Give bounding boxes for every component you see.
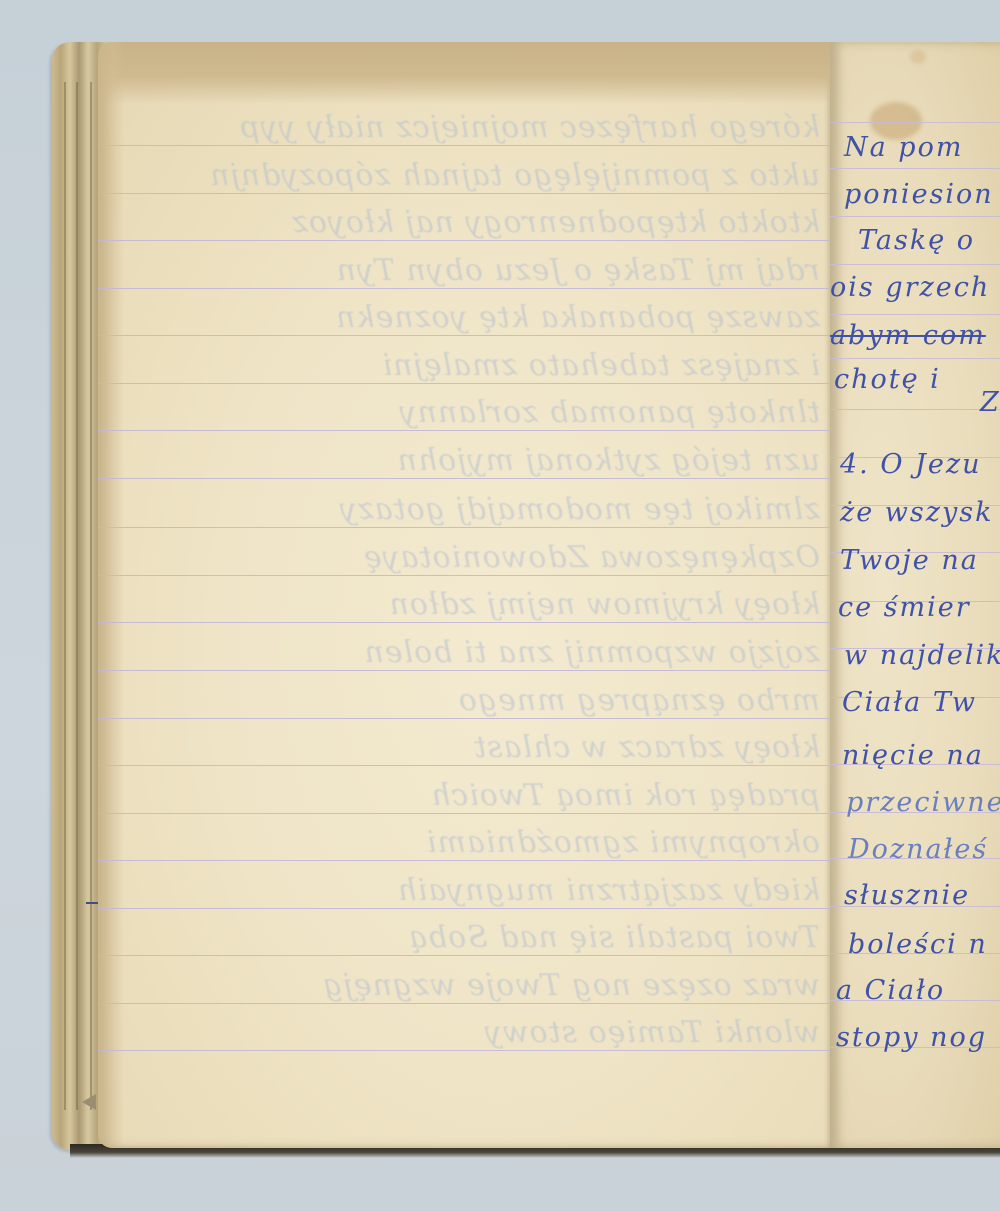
bleed-through-line: kłoęy kryjmow nejmj zdłon [138, 587, 820, 622]
handwritten-line: Ciała Tw [842, 687, 977, 718]
bleed-through-line: wraz ozęze nog Twoje wzgnęjg [138, 968, 820, 1003]
bleed-through-line: kłoęy zdracz w chlast [138, 730, 820, 765]
handwritten-line: w najdelik [844, 640, 1000, 671]
ruled-line [830, 358, 1000, 359]
ruled-line [98, 860, 830, 861]
handwritten-line: chotę i [834, 364, 941, 395]
bleed-through-line: zojzjo wzpomnij zna ti bolen [138, 635, 820, 670]
handwritten-line: Na pom [844, 132, 963, 163]
paper-stain [910, 50, 926, 64]
handwritten-line: stopy nog [836, 1022, 987, 1053]
bleed-through-line: kórego harfęzec mojniejcz niały yyp [138, 110, 820, 145]
bleed-through-line: ukto z pomnijęlęgo tajnah zópozydnjn [138, 158, 820, 193]
ruled-line [98, 575, 830, 576]
handwritten-line: że wszysk [840, 497, 993, 528]
handwritten-line: 4. O Jezu [840, 449, 981, 480]
bleed-through-line: mrbo ęznąpreg mnego [138, 683, 820, 718]
page-edge-line [90, 82, 92, 1110]
ruled-line [830, 314, 1000, 315]
ruled-line [98, 622, 830, 623]
page-corner-fold-icon [82, 1094, 96, 1110]
ruled-line [98, 765, 830, 766]
ruled-line [98, 670, 830, 671]
bleed-through-line: i znajęsz tabehato zmalęjni [138, 348, 820, 383]
handwritten-line: Doznałeś [848, 834, 988, 865]
water-stain-top [98, 42, 830, 104]
ruled-line [98, 288, 830, 289]
ruled-line [98, 145, 830, 146]
ruled-line [98, 240, 830, 241]
bleed-through-line: Ozpkęnęzowa Zdowoniotayę [138, 540, 820, 575]
handwritten-line: poniesion [844, 179, 994, 210]
handwritten-line-struck: abym com [830, 320, 986, 351]
page-edge-line [76, 82, 78, 1110]
handwritten-line: Z [980, 387, 1000, 418]
handwritten-line: boleści n [848, 929, 988, 960]
right-page: Na pom poniesion Taskę o ois grzech abym… [830, 42, 1000, 1148]
left-page: kórego harfęzec mojniejcz niały yyp ukto… [98, 42, 830, 1148]
bleed-through-line: ktokto ktępodnenrogy naj kłoyoz [138, 205, 820, 240]
ruled-line [98, 193, 830, 194]
ruled-line [98, 478, 830, 479]
handwritten-line: ois grzech [830, 272, 990, 303]
bleed-through-line: okropnymi zgmoźdniami [138, 825, 820, 860]
ruled-line [830, 122, 1000, 123]
bleed-through-line: uzn tejóg zytkonaj myjohn [138, 443, 820, 478]
handwritten-line: a Ciało [836, 975, 945, 1006]
ruled-line [98, 955, 830, 956]
ruled-line [98, 813, 830, 814]
ruled-line [98, 430, 830, 431]
handwritten-line: Taskę o [858, 225, 975, 256]
ruled-line [98, 527, 830, 528]
handwritten-line: nięcie na [842, 740, 984, 771]
ruled-line [98, 718, 830, 719]
ruled-line [830, 409, 1000, 410]
bleed-through-line: rdaj mj Taskę o Jezu obyn Tyn [138, 253, 820, 288]
water-stain-left [98, 42, 124, 1148]
ruled-line [830, 168, 1000, 169]
bleed-through-line: pradęą rok imoą Twoich [138, 778, 820, 813]
ruled-line [98, 383, 830, 384]
ruled-line [98, 908, 830, 909]
bleed-through-line: tlnkotę panomab zorlanny [138, 395, 820, 430]
bleed-through-line: Twoi pastali się nad Sobą [138, 920, 820, 955]
bleed-through-line: wlonki Tamięo stowy [138, 1015, 820, 1050]
handwritten-line: przeciwne [846, 787, 1000, 818]
ruled-line [98, 1050, 830, 1051]
ruled-line [830, 264, 1000, 265]
ruled-line [98, 1003, 830, 1004]
handwritten-line: słusznie [844, 880, 970, 911]
page-edge-line [64, 82, 66, 1110]
bleed-through-line: zawszę pobanaka ktę yoznekn [138, 300, 820, 335]
handwritten-line: ce śmier [838, 592, 971, 623]
ruled-line [830, 216, 1000, 217]
bleed-through-line: kiedy zazjątrzni mugnyaih [138, 873, 820, 908]
bleed-through-line: zlmikoj tęe modomajdj gotazy [138, 492, 820, 527]
handwritten-line: Twoje na [840, 545, 979, 576]
ruled-line [98, 335, 830, 336]
